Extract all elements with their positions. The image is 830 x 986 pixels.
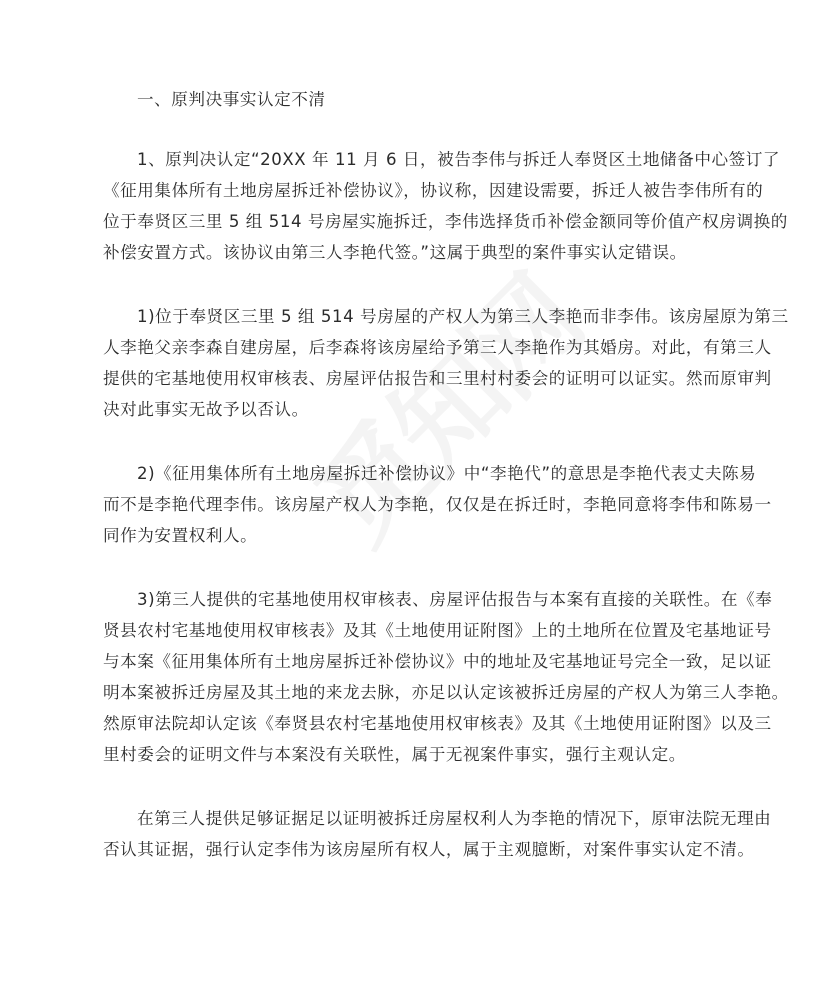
paragraph-line: 明本案被拆迁房屋及其土地的来龙去脉，亦足以认定该被拆迁房屋的产权人为第三人李艳。 [103,677,725,708]
paragraph-line: 补偿安置方式。该协议由第三人李艳代签。”这属于典型的案件事实认定错误。 [103,237,725,268]
paragraph-line: 然原审法院却认定该《奉贤县农村宅基地使用权审核表》及其《土地使用证附图》以及三 [103,708,725,739]
paragraph-line: 位于奉贤区三里 5 组 514 号房屋实施拆迁，李伟选择货币补偿金额同等价值产权… [103,206,725,237]
section-heading: 一、原判决事实认定不清 [103,84,725,115]
spacer [103,115,725,144]
paragraph-line: 1、原判决认定“20XX 年 11 月 6 日，被告李伟与拆迁人奉贤区土地储备中… [103,144,725,175]
paragraph-line: 决对此事实无故予以否认。 [103,394,725,425]
document-body: 一、原判决事实认定不清 1、原判决认定“20XX 年 11 月 6 日，被告李伟… [103,84,725,865]
paragraph-line: 而不是李艳代理李伟。该房屋产权人为李艳，仅仅是在拆迁时，李艳同意将李伟和陈易一 [103,489,725,520]
paragraph-line: 贤县农村宅基地使用权审核表》及其《土地使用证附图》上的土地所在位置及宅基地证号 [103,615,725,646]
paragraph-line: 在第三人提供足够证据足以证明被拆迁房屋权利人为李艳的情况下，原审法院无理由 [103,803,725,834]
paragraph-line: 否认其证据，强行认定李伟为该房屋所有权人，属于主观臆断，对案件事实认定不清。 [103,834,725,865]
paragraph-1: 1、原判决认定“20XX 年 11 月 6 日，被告李伟与拆迁人奉贤区土地储备中… [103,144,725,268]
spacer [103,770,725,803]
paragraph-line: 3)第三人提供的宅基地使用权审核表、房屋评估报告与本案有直接的关联性。在《奉 [103,584,725,615]
document-page: 觅知网 一、原判决事实认定不清 1、原判决认定“20XX 年 11 月 6 日，… [0,0,830,986]
spacer [103,425,725,458]
paragraph-line: 《征用集体所有土地房屋拆迁补偿协议》，协议称，因建设需要，拆迁人被告李伟所有的 [103,175,725,206]
paragraph-line: 与本案《征用集体所有土地房屋拆迁补偿协议》中的地址及宅基地证号完全一致，足以证 [103,646,725,677]
paragraph-line: 1)位于奉贤区三里 5 组 514 号房屋的产权人为第三人李艳而非李伟。该房屋原… [103,301,725,332]
paragraph-line: 2)《征用集体所有土地房屋拆迁补偿协议》中“李艳代”的意思是李艳代表丈夫陈易 [103,458,725,489]
paragraph-4: 3)第三人提供的宅基地使用权审核表、房屋评估报告与本案有直接的关联性。在《奉 贤… [103,584,725,770]
spacer [103,268,725,301]
paragraph-line: 里村委会的证明文件与本案没有关联性，属于无视案件事实，强行主观认定。 [103,739,725,770]
paragraph-line: 同作为安置权利人。 [103,520,725,551]
paragraph-line: 提供的宅基地使用权审核表、房屋评估报告和三里村村委会的证明可以证实。然而原审判 [103,363,725,394]
spacer [103,551,725,584]
paragraph-3: 2)《征用集体所有土地房屋拆迁补偿协议》中“李艳代”的意思是李艳代表丈夫陈易 而… [103,458,725,551]
paragraph-line: 人李艳父亲李森自建房屋，后李森将该房屋给予第三人李艳作为其婚房。对此，有第三人 [103,332,725,363]
paragraph-5: 在第三人提供足够证据足以证明被拆迁房屋权利人为李艳的情况下，原审法院无理由 否认… [103,803,725,865]
paragraph-2: 1)位于奉贤区三里 5 组 514 号房屋的产权人为第三人李艳而非李伟。该房屋原… [103,301,725,425]
